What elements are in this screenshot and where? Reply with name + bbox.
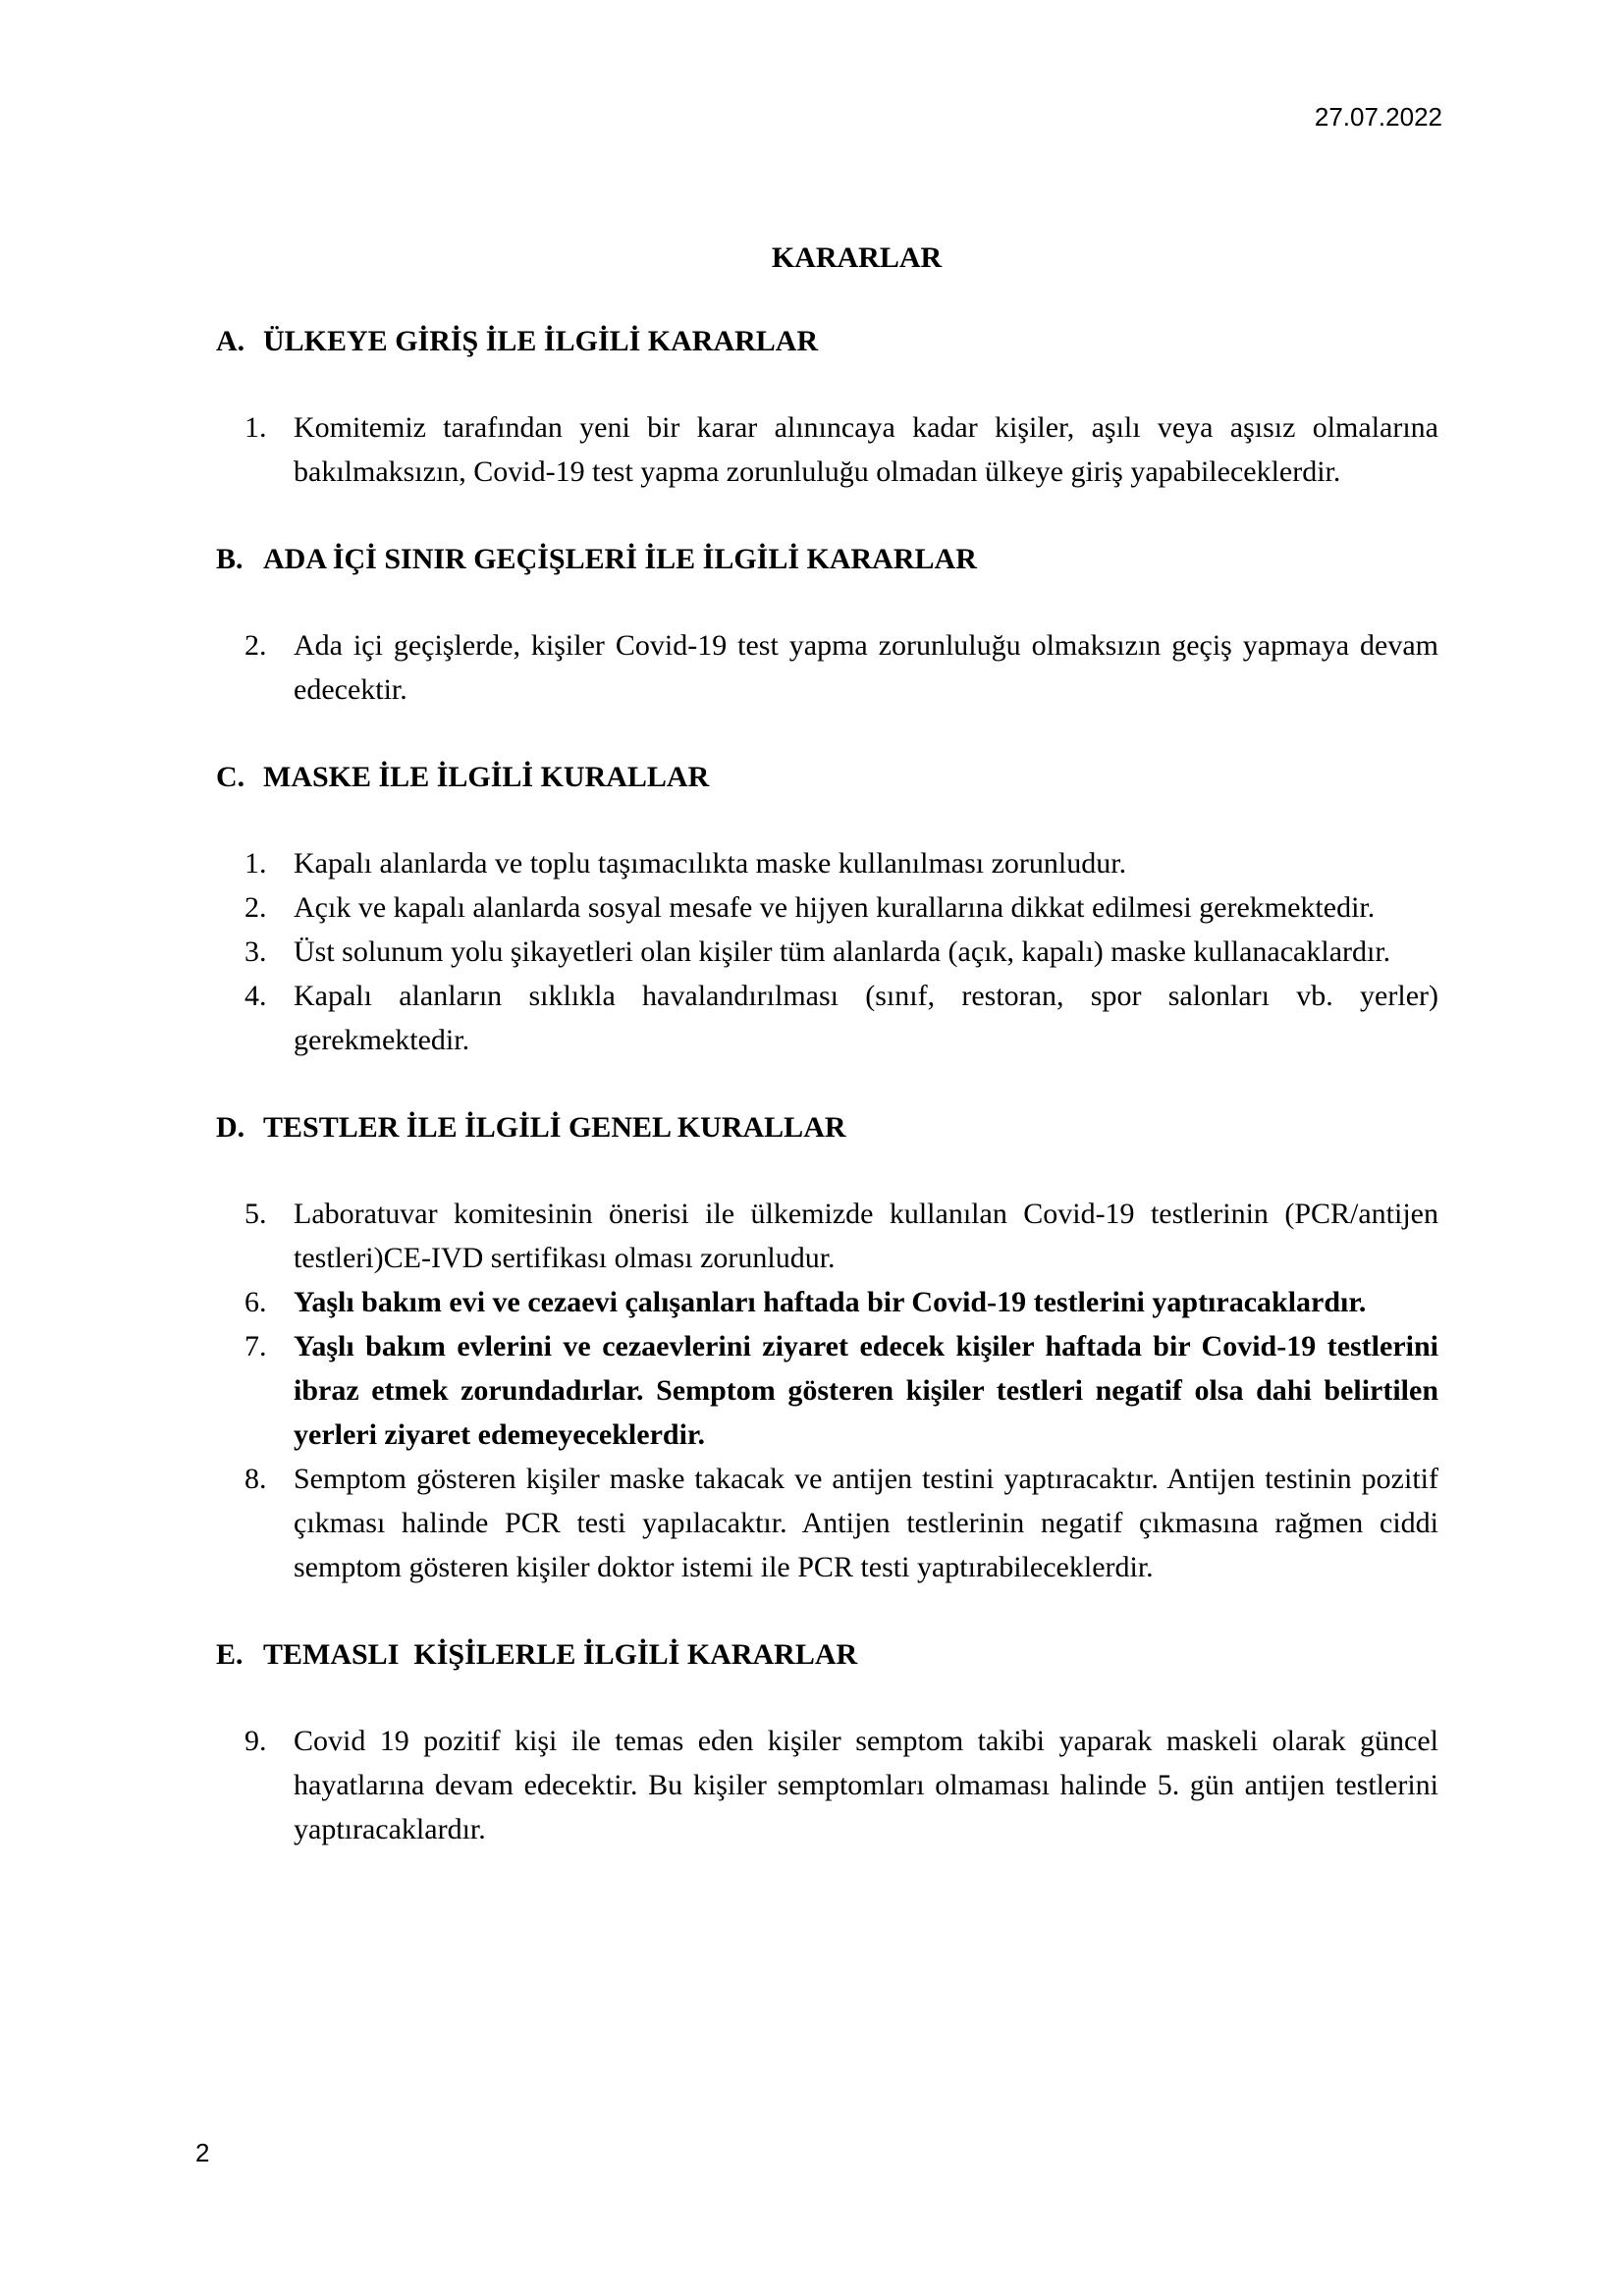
item-text: Kapalı alanların sıklıkla havalandırılma…: [294, 980, 1438, 1056]
section-c: C.MASKE İLE İLGİLİ KURALLAR 1.Kapalı ala…: [216, 755, 1438, 1062]
list-item: 3.Üst solunum yolu şikayetleri olan kişi…: [216, 930, 1438, 974]
section-heading-text: ÜLKEYE GİRİŞ İLE İLGİLİ KARARLAR: [263, 325, 818, 357]
item-number: 5.: [244, 1192, 267, 1236]
section-items: 5.Laboratuvar komitesinin önerisi ile ül…: [216, 1192, 1438, 1589]
section-items: 2.Ada içi geçişlerde, kişiler Covid-19 t…: [216, 623, 1438, 712]
item-text: Laboratuvar komitesinin önerisi ile ülke…: [294, 1198, 1438, 1274]
section-letter: C.: [216, 755, 263, 799]
section-heading: A.ÜLKEYE GİRİŞ İLE İLGİLİ KARARLAR: [216, 319, 1438, 363]
item-text: Yaşlı bakım evlerini ve cezaevlerini ziy…: [294, 1330, 1438, 1451]
item-text: Komitemiz tarafından yeni bir karar alın…: [294, 411, 1438, 488]
section-letter: E.: [216, 1632, 263, 1677]
item-number: 9.: [244, 1719, 267, 1763]
item-number: 1.: [244, 405, 267, 450]
list-item: 2.Ada içi geçişlerde, kişiler Covid-19 t…: [216, 623, 1438, 712]
section-items: 1.Komitemiz tarafından yeni bir karar al…: [216, 405, 1438, 494]
list-item: 2.Açık ve kapalı alanlarda sosyal mesafe…: [216, 885, 1438, 930]
item-number: 7.: [244, 1324, 267, 1368]
item-text: Semptom gösteren kişiler maske takacak v…: [294, 1463, 1438, 1583]
section-items: 9.Covid 19 pozitif kişi ile temas eden k…: [216, 1719, 1438, 1851]
item-text: Kapalı alanlarda ve toplu taşımacılıkta …: [294, 847, 1126, 880]
section-heading: D.TESTLER İLE İLGİLİ GENEL KURALLAR: [216, 1105, 1438, 1149]
item-number: 1.: [244, 841, 267, 885]
section-heading: B.ADA İÇİ SINIR GEÇİŞLERİ İLE İLGİLİ KAR…: [216, 537, 1438, 581]
section-d: D.TESTLER İLE İLGİLİ GENEL KURALLAR 5.La…: [216, 1105, 1438, 1589]
section-heading: E.TEMASLI KİŞİLERLE İLGİLİ KARARLAR: [216, 1632, 1438, 1677]
document-body: KARARLAR A.ÜLKEYE GİRİŞ İLE İLGİLİ KARAR…: [216, 236, 1438, 1895]
section-heading-text: ADA İÇİ SINIR GEÇİŞLERİ İLE İLGİLİ KARAR…: [263, 543, 977, 575]
item-text: Üst solunum yolu şikayetleri olan kişile…: [294, 935, 1390, 968]
section-e: E.TEMASLI KİŞİLERLE İLGİLİ KARARLAR 9.Co…: [216, 1632, 1438, 1851]
section-a: A.ÜLKEYE GİRİŞ İLE İLGİLİ KARARLAR 1.Kom…: [216, 319, 1438, 494]
item-text: Yaşlı bakım evi ve cezaevi çalışanları h…: [294, 1286, 1366, 1318]
item-text: Ada içi geçişlerde, kişiler Covid-19 tes…: [294, 629, 1438, 706]
item-text: Covid 19 pozitif kişi ile temas eden kiş…: [294, 1725, 1438, 1845]
list-item-emphasized: 6.Yaşlı bakım evi ve cezaevi çalışanları…: [216, 1280, 1438, 1324]
section-b: B.ADA İÇİ SINIR GEÇİŞLERİ İLE İLGİLİ KAR…: [216, 537, 1438, 712]
item-number: 2.: [244, 623, 267, 667]
item-number: 6.: [244, 1280, 267, 1324]
document-date: 27.07.2022: [1315, 102, 1442, 133]
section-heading-text: TESTLER İLE İLGİLİ GENEL KURALLAR: [263, 1111, 846, 1144]
list-item: 9.Covid 19 pozitif kişi ile temas eden k…: [216, 1719, 1438, 1851]
section-letter: D.: [216, 1105, 263, 1149]
section-items: 1.Kapalı alanlarda ve toplu taşımacılıkt…: [216, 841, 1438, 1062]
item-number: 2.: [244, 885, 267, 930]
list-item: 1.Kapalı alanlarda ve toplu taşımacılıkt…: [216, 841, 1438, 885]
item-number: 4.: [244, 974, 267, 1018]
section-heading-text: MASKE İLE İLGİLİ KURALLAR: [263, 761, 709, 793]
item-text: Açık ve kapalı alanlarda sosyal mesafe v…: [294, 891, 1375, 924]
list-item: 4.Kapalı alanların sıklıkla havalandırıl…: [216, 974, 1438, 1062]
document-title: KARARLAR: [216, 236, 1438, 280]
page-number: 2: [195, 2138, 209, 2168]
list-item: 1.Komitemiz tarafından yeni bir karar al…: [216, 405, 1438, 494]
list-item: 8.Semptom gösteren kişiler maske takacak…: [216, 1457, 1438, 1589]
section-letter: A.: [216, 319, 263, 363]
list-item: 5.Laboratuvar komitesinin önerisi ile ül…: [216, 1192, 1438, 1280]
section-letter: B.: [216, 537, 263, 581]
item-number: 8.: [244, 1457, 267, 1501]
section-heading: C.MASKE İLE İLGİLİ KURALLAR: [216, 755, 1438, 799]
list-item-emphasized: 7.Yaşlı bakım evlerini ve cezaevlerini z…: [216, 1324, 1438, 1457]
section-heading-text: TEMASLI KİŞİLERLE İLGİLİ KARARLAR: [263, 1638, 857, 1671]
item-number: 3.: [244, 930, 267, 974]
